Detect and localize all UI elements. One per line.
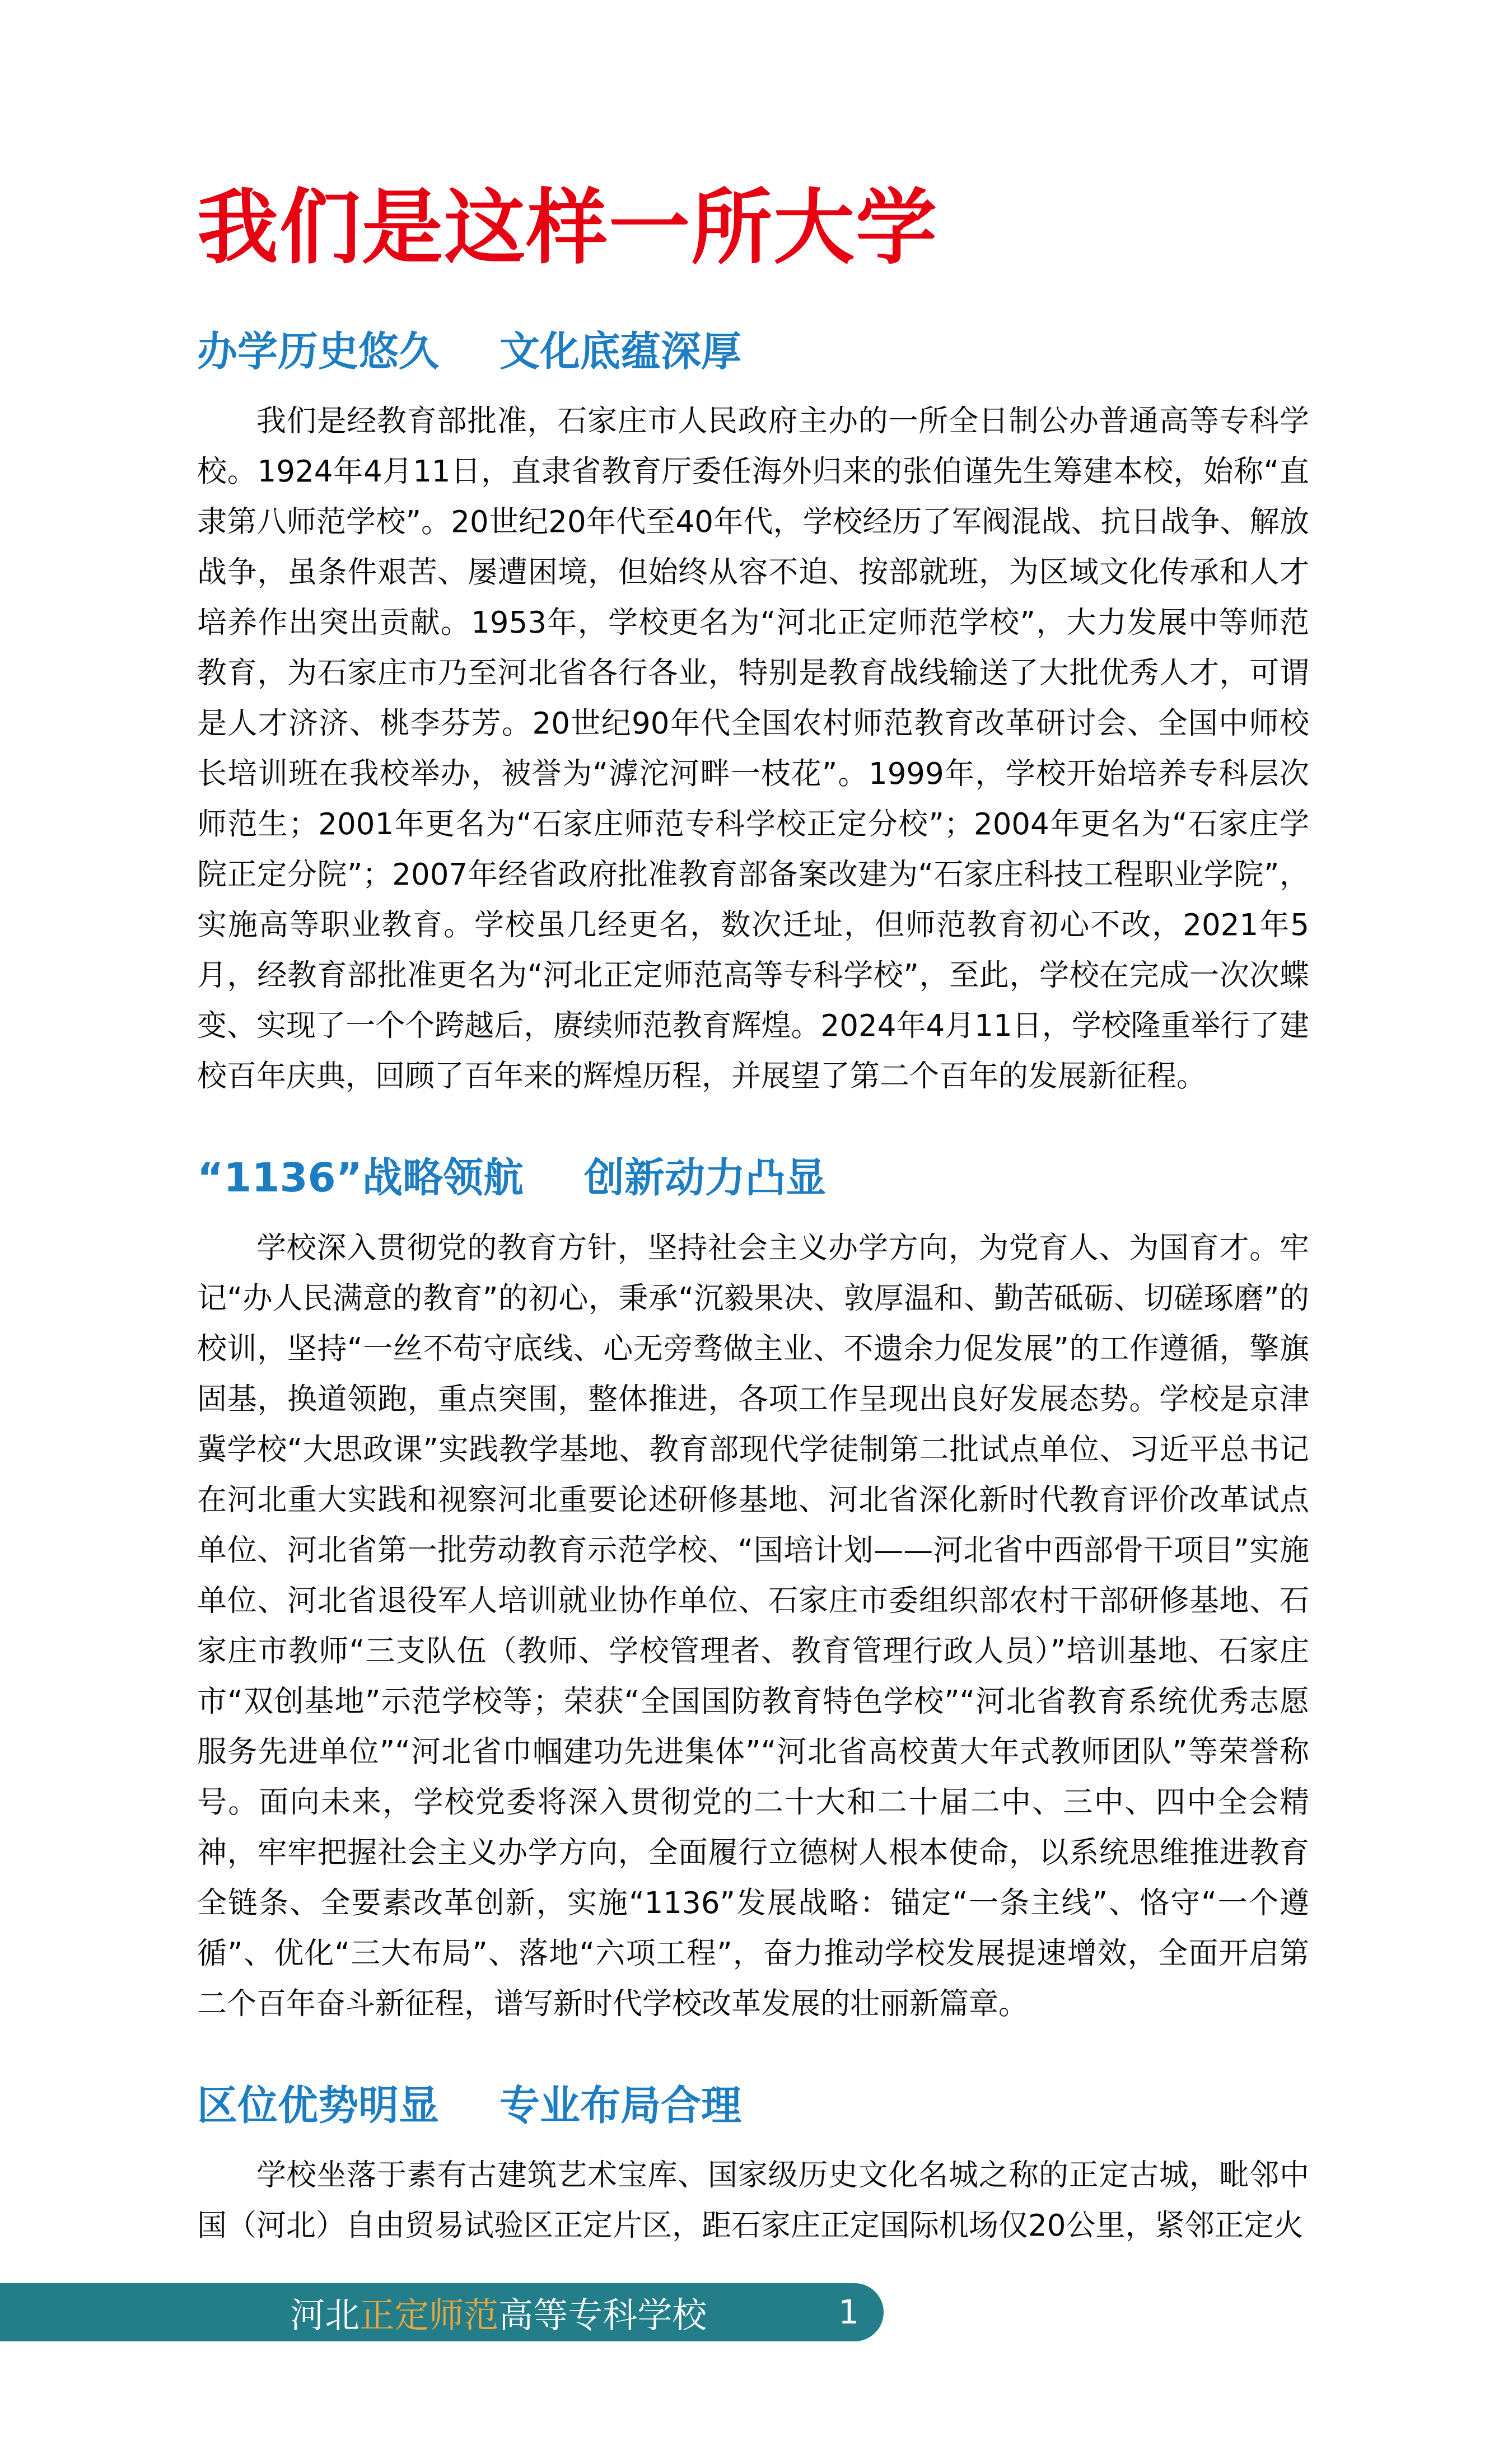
footer-school-name: 河北正定师范高等专科学校	[224, 2247, 707, 2378]
section-heading-location: 区位优势明显 专业布局合理	[197, 2081, 1309, 2129]
paragraph-strategy: 学校深入贯彻党的教育方针，坚持社会主义办学方向，为党育人、为国育才。牢记“办人民…	[197, 1223, 1309, 2030]
section-heading-history: 办学历史悠久 文化底蕴深厚	[197, 327, 1309, 375]
footer-school-name-suffix: 高等专科学校	[498, 2295, 707, 2336]
footer-school-name-prefix: 河北	[290, 2295, 360, 2336]
paragraph-history: 我们是经教育部批准，石家庄市人民政府主办的一所全日制公办普通高等专科学校。192…	[197, 396, 1309, 1102]
section-heading-strategy: “1136”战略领航 创新动力凸显	[197, 1153, 1309, 1201]
page-title: 我们是这样一所大学	[197, 182, 1309, 275]
document-page: 我们是这样一所大学 办学历史悠久 文化底蕴深厚 我们是经教育部批准，石家庄市人民…	[0, 0, 1508, 2464]
footer-bar: 河北正定师范高等专科学校 1	[0, 2283, 884, 2341]
paragraph-location: 学校坐落于素有古建筑艺术宝库、国家级历史文化名城之称的正定古城，毗邻中国（河北）…	[197, 2150, 1309, 2251]
page-content: 我们是这样一所大学 办学历史悠久 文化底蕴深厚 我们是经教育部批准，石家庄市人民…	[0, 182, 1508, 2251]
footer-school-name-highlight: 正定师范	[360, 2295, 498, 2336]
footer-page-number: 1	[838, 2293, 859, 2331]
